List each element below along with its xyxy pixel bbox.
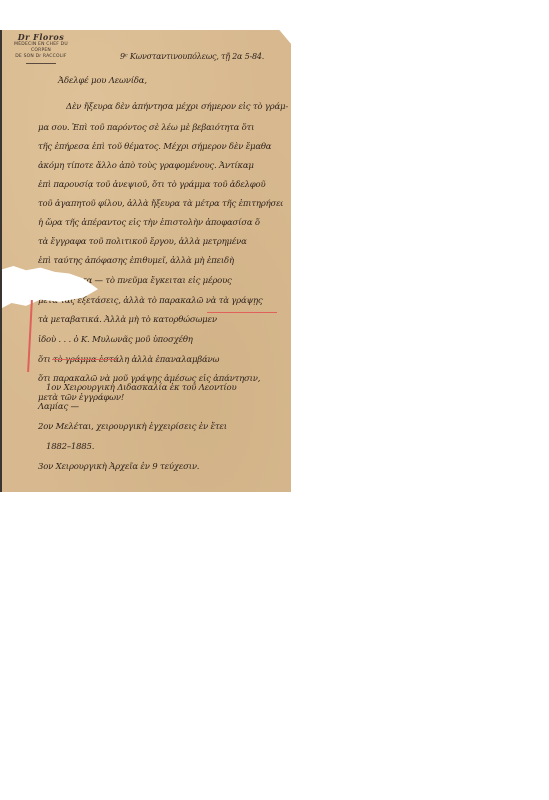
- enclosure-item: 1882–1885.: [46, 442, 94, 452]
- letterhead-name: Dr Floros: [6, 32, 76, 42]
- letter-page: Dr Floros MÉDECIN EN CHEF DU CORPEN DE S…: [0, 30, 291, 492]
- red-underline: [207, 312, 277, 313]
- enclosure-item: 1ον Χειρουργικὴ Διδασκαλία ἐκ τοῦ Λεοντί…: [46, 383, 236, 393]
- red-margin-mark: [27, 300, 32, 372]
- letter-line: τῆς ἐπήρεσα ἐπὶ τοῦ θέματος. Μέχρι σήμερ…: [38, 142, 283, 152]
- enclosure-item: 2ον Μελέται, χειρουργικὴ ἐγχειρίσεις ἐν …: [38, 422, 227, 432]
- letter-line: ἀκόμη τίποτε ἄλλο ἀπὸ τοὺς γραφομένους. …: [38, 161, 283, 171]
- letter-line: ἡ ὥρα τῆς ἀπέραντος εἰς τὴν ἐπιστολὴν ἀπ…: [38, 218, 283, 228]
- letter-line: ἰδοὺ . . . ὁ Κ. Μυλωνᾶς μοῦ ὑποσχέθη: [38, 335, 283, 345]
- letterhead-rule: [26, 63, 56, 64]
- letterhead-line-1: MÉDECIN EN CHEF DU CORPEN: [6, 42, 76, 54]
- salutation: Ἀδελφέ μου Λεωνίδα,: [58, 76, 147, 86]
- letter-line: ἐπὶ ταύτης ἀπόφασης ἐπιθυμεῖ, ἀλλὰ μὴ ἐπ…: [38, 256, 283, 266]
- letter-line: Δὲν ἤξευρα δὲν ἀπήντησα μέχρι σήμερον εἰ…: [66, 102, 311, 112]
- letter-line: τοῦ ἀγαπητοῦ φίλου, ἀλλὰ ἤξευρα τὰ μέτρα…: [38, 199, 283, 209]
- letterhead: Dr Floros MÉDECIN EN CHEF DU CORPEN DE S…: [6, 32, 76, 64]
- letter-line: μα σου. Ἐπὶ τοῦ παρόντος σὲ λέω μὲ βεβαι…: [38, 123, 283, 133]
- letter-line: ἐπὶ παρουσίᾳ τοῦ ἀνεψιοῦ, ὅτι τὸ γράμμα …: [38, 180, 283, 190]
- letter-line: τὰ μεταβατικά. Ἀλλὰ μὴ τὸ κατορθώσωμεν: [38, 315, 283, 325]
- letter-line: τὰ ἔγγραφα τοῦ πολιτικοῦ ἔργου, ἀλλὰ μετ…: [38, 237, 283, 247]
- dateline: 9ᶜ Κωνσταντινουπόλεως, τῇ 2α 5-84.: [120, 52, 264, 61]
- red-underline: [52, 359, 117, 360]
- letter-line: ὅτι τὸ γράμμα ἐστάλη ἀλλὰ ἐπαναλαμβάνω: [38, 355, 283, 365]
- enclosure-item: 3ον Χειρουργικὴ Ἀρχεῖα ἐν 9 τεύχεσιν.: [38, 462, 199, 472]
- enclosure-item: Λαμίας —: [38, 402, 79, 412]
- letterhead-line-2: DE SON Dr RACCOLIF: [6, 54, 76, 60]
